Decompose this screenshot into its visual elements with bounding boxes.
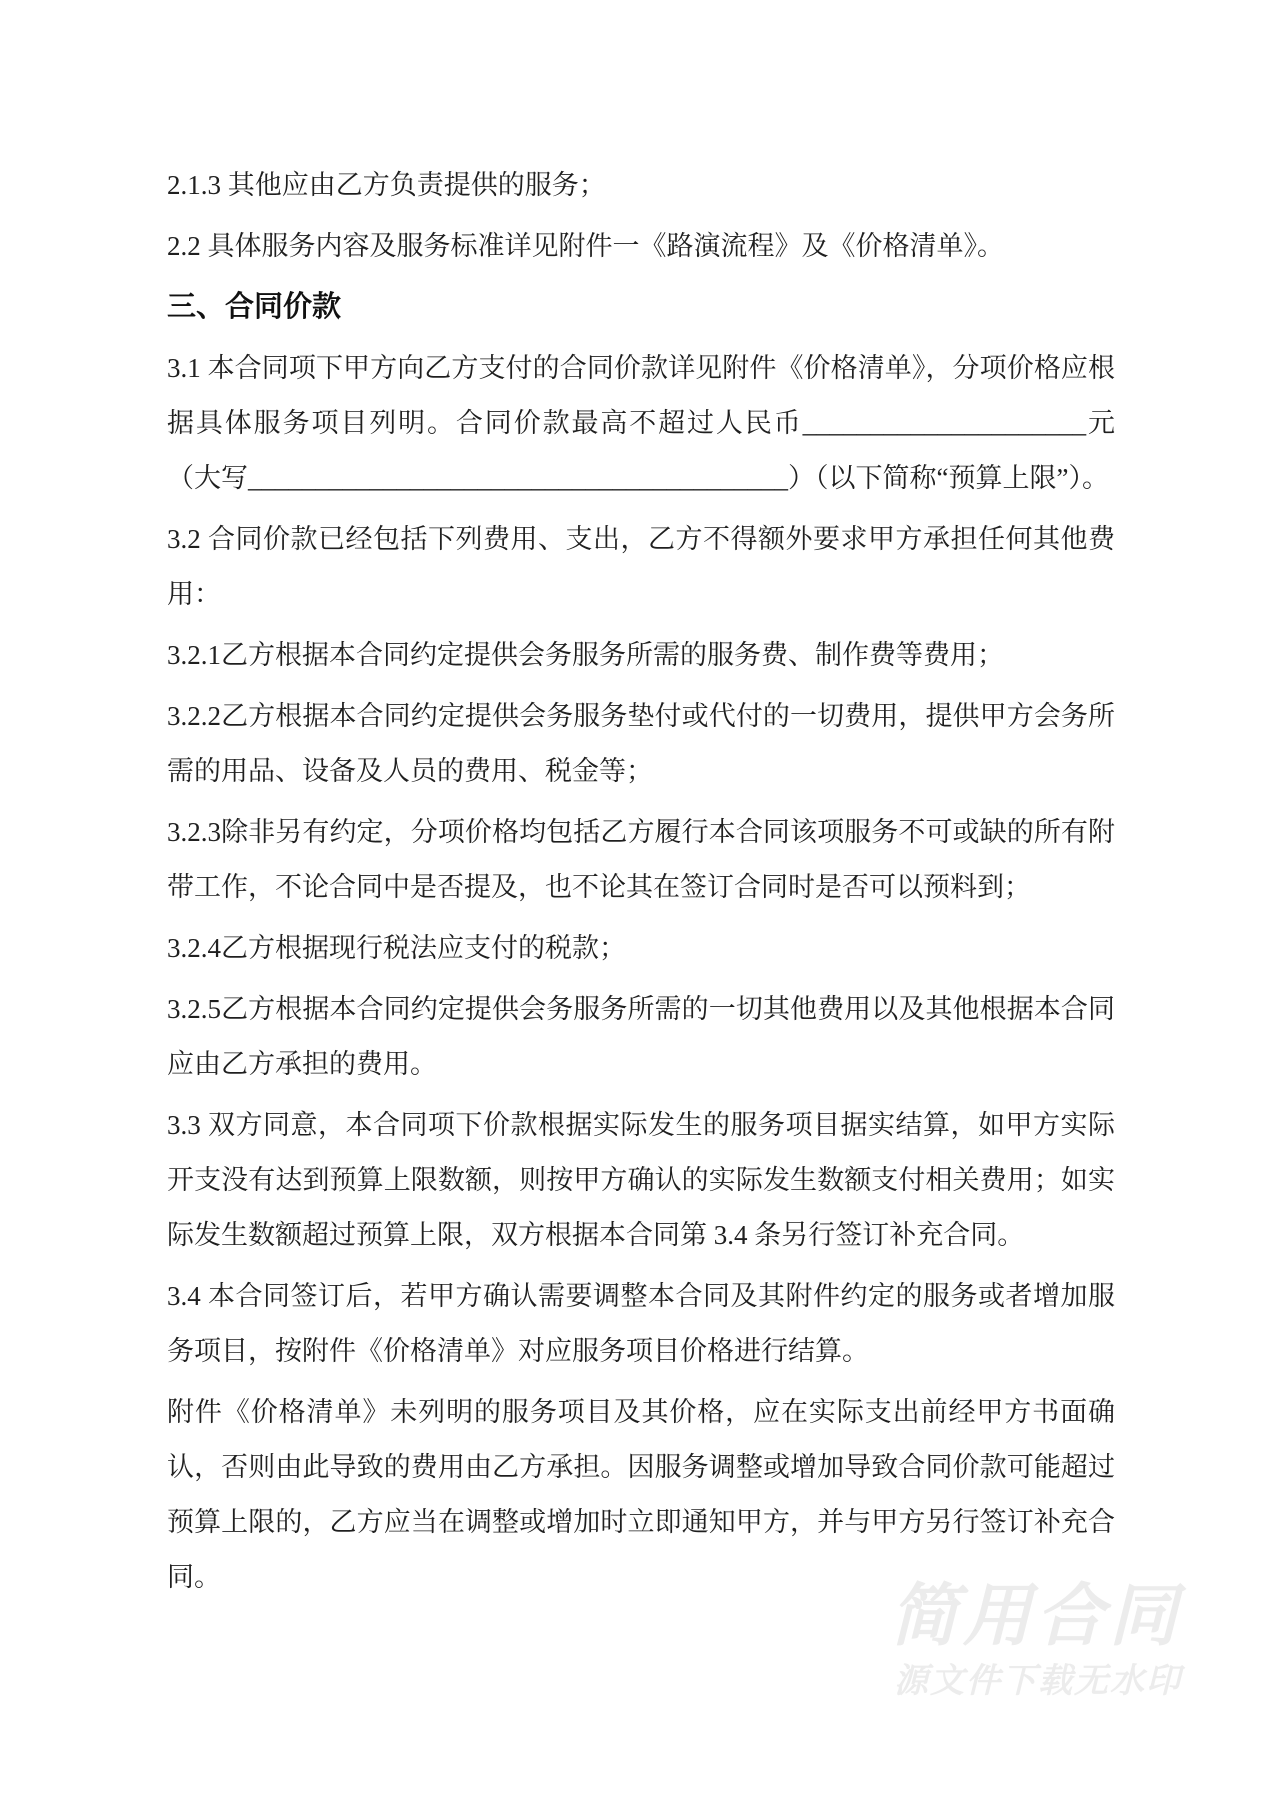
clause-2-2: 2.2 具体服务内容及服务标准详见附件一《路演流程》及《价格清单》。: [167, 219, 1115, 274]
clause-3-3: 3.3 双方同意，本合同项下价款根据实际发生的服务项目据实结算，如甲方实际开支没…: [167, 1098, 1115, 1263]
clause-annex-price-list: 附件《价格清单》未列明的服务项目及其价格，应在实际支出前经甲方书面确认，否则由此…: [167, 1385, 1115, 1605]
watermark-brand-text: 简用合同: [890, 1582, 1182, 1650]
watermark-tagline-text: 源文件下载无水印: [890, 1664, 1182, 1698]
clause-3-2-2: 3.2.2乙方根据本合同约定提供会务服务垫付或代付的一切费用，提供甲方会务所需的…: [167, 689, 1115, 799]
clause-2-1-3: 2.1.3 其他应由乙方负责提供的服务；: [167, 158, 1115, 213]
clause-3-2-1: 3.2.1乙方根据本合同约定提供会务服务所需的服务费、制作费等费用；: [167, 628, 1115, 683]
contract-body: 2.1.3 其他应由乙方负责提供的服务； 2.2 具体服务内容及服务标准详见附件…: [167, 158, 1115, 1611]
clause-3-2-4: 3.2.4乙方根据现行税法应支付的税款；: [167, 921, 1115, 976]
clause-3-2-3: 3.2.3除非另有约定，分项价格均包括乙方履行本合同该项服务不可或缺的所有附带工…: [167, 805, 1115, 915]
clause-3-1: 3.1 本合同项下甲方向乙方支付的合同价款详见附件《价格清单》，分项价格应根据具…: [167, 341, 1115, 506]
section-3-heading: 三、合同价款: [167, 280, 1115, 335]
clause-3-2-5: 3.2.5乙方根据本合同约定提供会务服务所需的一切其他费用以及其他根据本合同应由…: [167, 982, 1115, 1092]
clause-3-4: 3.4 本合同签订后，若甲方确认需要调整本合同及其附件约定的服务或者增加服务项目…: [167, 1269, 1115, 1379]
watermark: 简用合同 源文件下载无水印: [890, 1582, 1182, 1698]
clause-3-2: 3.2 合同价款已经包括下列费用、支出，乙方不得额外要求甲方承担任何其他费用：: [167, 512, 1115, 622]
document-page: 2.1.3 其他应由乙方负责提供的服务； 2.2 具体服务内容及服务标准详见附件…: [0, 0, 1280, 1810]
